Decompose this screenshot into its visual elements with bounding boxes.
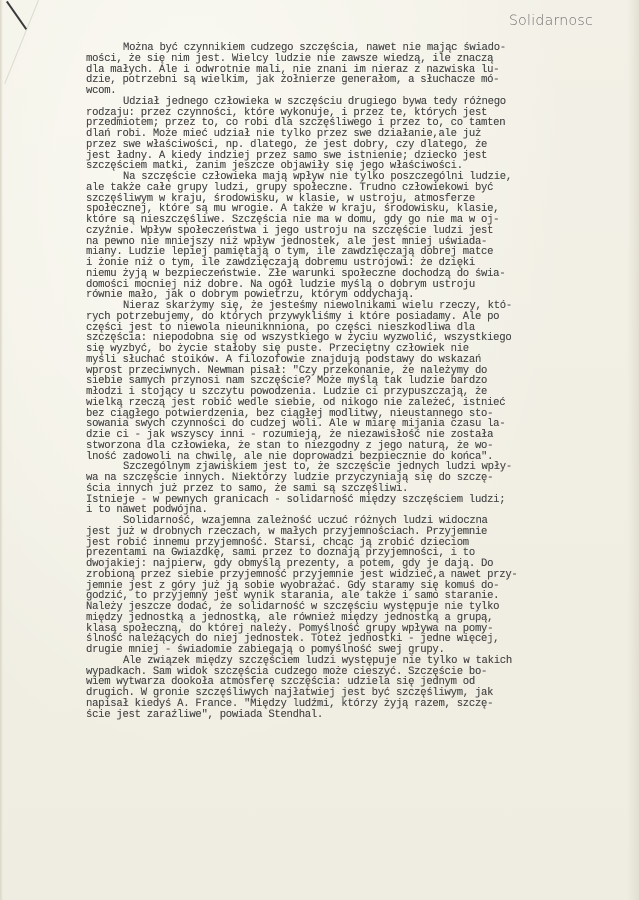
text-line: Ale związek między szczęściem ludzi wyst… (86, 656, 626, 667)
text-line: ale także całe grupy ludzi, grupy społec… (86, 183, 626, 194)
text-line: mości, że się nim jest. Wielcy ludzie ni… (86, 54, 626, 65)
text-line: ścia innych już przez to samo, że sami s… (86, 484, 626, 495)
text-line: czyźnie. Wpływ społeczeństwa i jego ustr… (86, 226, 626, 237)
paper-crease (4, 0, 39, 84)
text-line: ście jest zaraźliwe", powiada Stendhal. (86, 710, 626, 721)
page-edge-right (627, 0, 639, 900)
text-line: rych potrzebujemy, do których przywykliś… (86, 312, 626, 323)
text-line: stworzona dla człowieka, że stan to niez… (86, 441, 626, 452)
text-line: przez swe właściwości, np. dlatego, że j… (86, 140, 626, 151)
typescript-body: Można być czynnikiem cudzego szczęścia, … (86, 43, 626, 720)
document-header-title: Solidarnosc (509, 13, 593, 29)
page-edge-shadow (0, 0, 3, 900)
text-line: wielką rzeczą jest robić wedle siebie, o… (86, 398, 626, 409)
text-line: Udział jednego człowieka w szczęściu dru… (86, 97, 626, 108)
text-line: myśli słuchać stoików. A filozofowie zna… (86, 355, 626, 366)
pen-mark (6, 1, 27, 30)
text-line: dzie, potrzebni są wielkim, jak żołnierz… (86, 75, 626, 86)
text-line: między jednostką a jednostką, ale równie… (86, 613, 626, 624)
text-line: niemu żyją w bezpieczeństwie. Złe warunk… (86, 269, 626, 280)
text-line: napisał kiedyś A. France. "Między ludźmi… (86, 699, 626, 710)
text-line: zrobioną przez siebie przyjemność przyje… (86, 570, 626, 581)
text-line: jest już w drobnych rzeczach, w małych p… (86, 527, 626, 538)
typescript-page: Solidarnosc Można być czynnikiem cudzego… (0, 0, 639, 900)
